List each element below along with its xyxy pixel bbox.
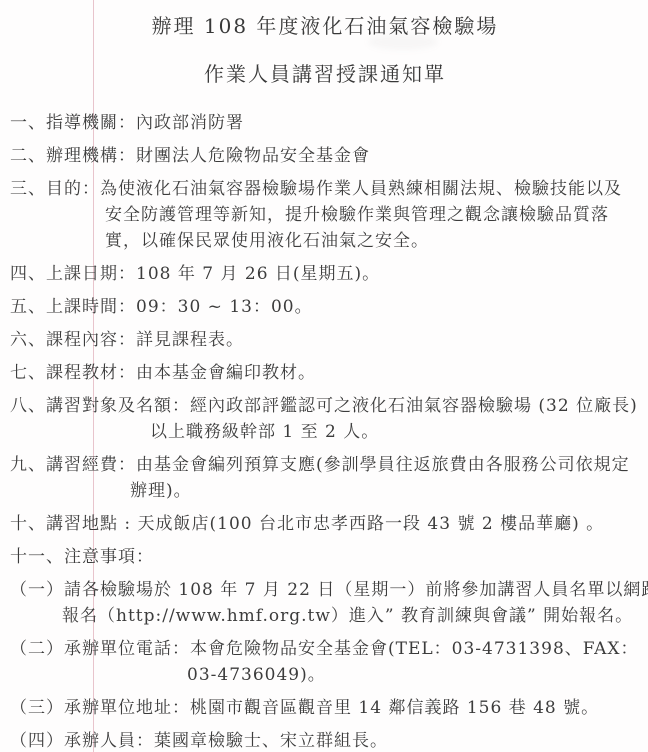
- text-line: 辦理)。: [130, 478, 640, 504]
- text-line: （二）承辦單位電話：本會危險物品安全基金會(TEL：03-4731398、FAX…: [10, 636, 640, 662]
- item-attendees-quota: 八、講習對象及名額：經內政部評鑑認可之液化石油氣容器檢驗場 (32 位廠長) 以…: [10, 393, 640, 445]
- document-title-line2: 作業人員講習授課通知單: [10, 60, 640, 88]
- text-line: 七、課程教材：由本基金會編印教材。: [10, 360, 640, 386]
- text-line: 四、上課日期：108 年 7 月 26 日(星期五)。: [10, 261, 640, 287]
- item-course-material: 七、課程教材：由本基金會編印教材。: [10, 360, 640, 386]
- text-line: 九、講習經費：由基金會編列預算支應(參訓學員往返旅費由各服務公司依規定: [10, 452, 640, 478]
- document-content: 辦理 108 年度液化石油氣容檢驗場 作業人員講習授課通知單 一、指導機關：內政…: [0, 0, 648, 752]
- text-line: 三、目的：為使液化石油氣容器檢驗場作業人員熟練相關法規、檢驗技能以及: [10, 176, 640, 202]
- item-funding: 九、講習經費：由基金會編列預算支應(參訓學員往返旅費由各服務公司依規定 辦理)。: [10, 452, 640, 504]
- text-line: 報名（http://www.hmf.org.tw）進入” 教育訓練與會議” 開始…: [62, 603, 640, 629]
- item-venue: 十、講習地點 : 天成飯店(100 台北市忠孝西路一段 43 號 2 樓品華廳)…: [10, 511, 640, 537]
- item-class-time: 五、上課時間：09：30 ~ 13：00。: [10, 294, 640, 320]
- item-note-3-address: （三）承辦單位地址：桃園市觀音區觀音里 14 鄰信義路 156 巷 48 號。: [10, 695, 640, 721]
- item-note-4-staff: （四）承辦人員：葉國章檢驗士、宋立群組長。: [10, 728, 640, 752]
- text-line: 以上職務級幹部 1 至 2 人。: [150, 419, 640, 445]
- item-class-date: 四、上課日期：108 年 7 月 26 日(星期五)。: [10, 261, 640, 287]
- text-line: （四）承辦人員：葉國章檢驗士、宋立群組長。: [10, 728, 640, 752]
- document-title-line1: 辦理 108 年度液化石油氣容檢驗場: [10, 12, 640, 40]
- item-purpose: 三、目的：為使液化石油氣容器檢驗場作業人員熟練相關法規、檢驗技能以及 安全防護管…: [10, 176, 640, 254]
- text-line: 五、上課時間：09：30 ~ 13：00。: [10, 294, 640, 320]
- item-notes-heading: 十一、注意事項：: [10, 544, 640, 570]
- text-line: 二、辦理機構：財團法人危險物品安全基金會: [10, 143, 640, 169]
- text-line: 十一、注意事項：: [10, 544, 640, 570]
- item-note-2-phone: （二）承辦單位電話：本會危險物品安全基金會(TEL：03-4731398、FAX…: [10, 636, 640, 688]
- text-line: （三）承辦單位地址：桃園市觀音區觀音里 14 鄰信義路 156 巷 48 號。: [10, 695, 640, 721]
- text-line: 十、講習地點 : 天成飯店(100 台北市忠孝西路一段 43 號 2 樓品華廳)…: [10, 511, 640, 537]
- text-line: （一）請各檢驗場於 108 年 7 月 22 日（星期一）前將參加講習人員名單以…: [10, 577, 640, 603]
- scanned-notice-document: 辦理 108 年度液化石油氣容檢驗場 作業人員講習授課通知單 一、指導機關：內政…: [0, 0, 648, 752]
- text-line: 六、課程內容：詳見課程表。: [10, 327, 640, 353]
- item-supervising-agency: 一、指導機關：內政部消防署: [10, 110, 640, 136]
- text-line: 實，以確保民眾使用液化石油氣之安全。: [105, 228, 640, 254]
- item-note-1-registration: （一）請各檢驗場於 108 年 7 月 22 日（星期一）前將參加講習人員名單以…: [10, 577, 640, 629]
- text-line: 安全防護管理等新知，提升檢驗作業與管理之觀念讓檢驗品質落: [105, 202, 640, 228]
- text-line: 八、講習對象及名額：經內政部評鑑認可之液化石油氣容器檢驗場 (32 位廠長): [10, 393, 640, 419]
- text-line: 一、指導機關：內政部消防署: [10, 110, 640, 136]
- text-line: 03-4736049)。: [187, 662, 640, 688]
- item-course-content: 六、課程內容：詳見課程表。: [10, 327, 640, 353]
- item-organizer: 二、辦理機構：財團法人危險物品安全基金會: [10, 143, 640, 169]
